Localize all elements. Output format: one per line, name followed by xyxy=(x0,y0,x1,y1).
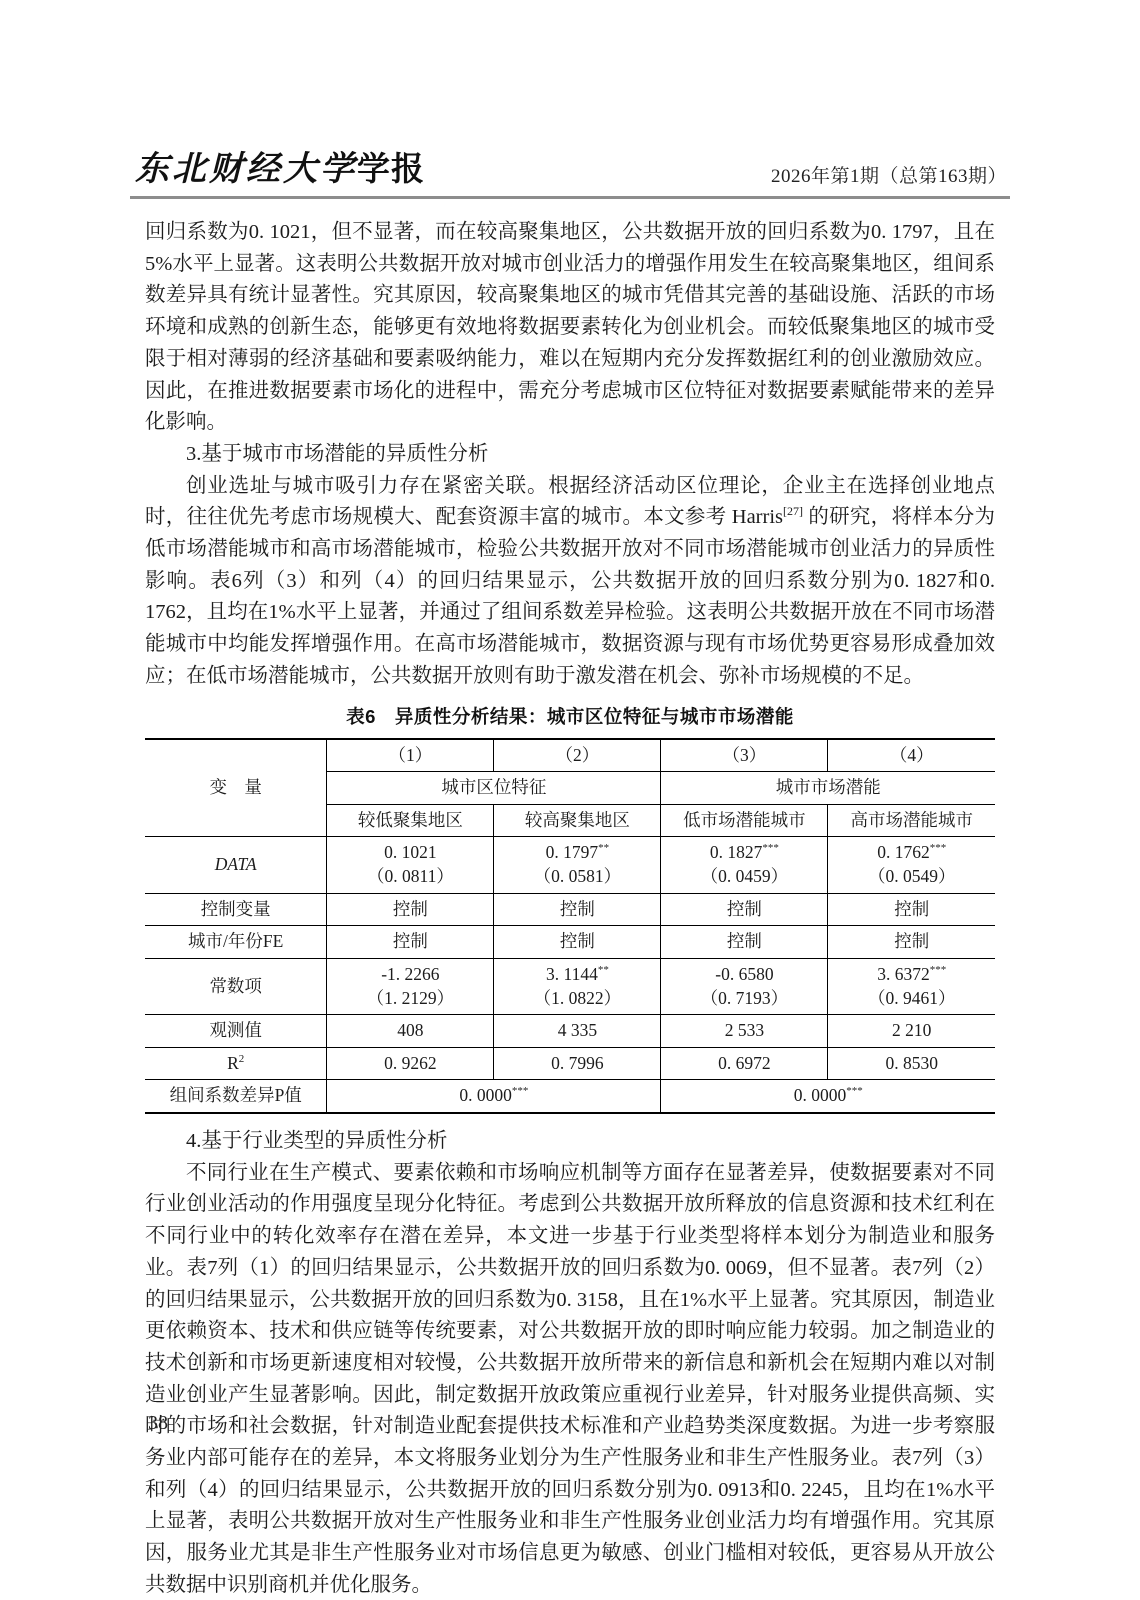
table6-cell-pdiff-location: 0. 0000*** xyxy=(327,1080,661,1113)
paragraph-1: 回归系数为0. 1021，但不显著，而在较高聚集地区，公共数据开放的回归系数为0… xyxy=(145,217,995,439)
table6-cell-pdiff-potential: 0. 0000*** xyxy=(661,1080,995,1113)
table6-col1: （1） xyxy=(327,739,494,772)
journal-logo: 东北财经大学学报 xyxy=(135,141,425,190)
table6-cell: 控制 xyxy=(661,926,828,959)
table6-row-observations: 观测值 408 4 335 2 533 2 210 xyxy=(145,1015,995,1048)
table6-sub1: 较低聚集地区 xyxy=(327,804,494,837)
table6-row-constant: 常数项 -1. 2266（1. 2129） 3. 1144**（1. 0822）… xyxy=(145,958,995,1014)
table6-cell: 0. 6972 xyxy=(661,1047,828,1080)
table6-cell: 4 335 xyxy=(494,1015,661,1048)
table6-row-controls-label: 控制变量 xyxy=(145,893,327,926)
table6-sub2: 较高聚集地区 xyxy=(494,804,661,837)
table6-cell: 0. 1021（0. 0811） xyxy=(327,837,494,893)
table6-sub3: 低市场潜能城市 xyxy=(661,804,828,837)
table6-cell: -0. 6580（0. 7193） xyxy=(661,958,828,1014)
article-body-continued: 4.基于行业类型的异质性分析 不同行业在生产模式、要素依赖和市场响应机制等方面存… xyxy=(145,1126,995,1600)
page-number: 38 xyxy=(148,1412,168,1435)
paragraph-3: 不同行业在生产模式、要素依赖和市场响应机制等方面存在显著差异，使数据要素对不同行… xyxy=(145,1158,995,1600)
table6-col4: （4） xyxy=(828,739,995,772)
table6-row-controls: 控制变量 控制 控制 控制 控制 xyxy=(145,893,995,926)
table6-cell: 3. 6372***（0. 9461） xyxy=(828,958,995,1014)
journal-logo-suffix: 学报 xyxy=(357,149,425,188)
table6-cell: 控制 xyxy=(494,893,661,926)
table6-cell: 3. 1144**（1. 0822） xyxy=(494,958,661,1014)
table6-cell: 0. 1797**（0. 0581） xyxy=(494,837,661,893)
page-header: 东北财经大学学报 2026年第1期（总第163期） xyxy=(145,138,995,196)
table6-cell: -1. 2266（1. 2129） xyxy=(327,958,494,1014)
table6-cell: 0. 1827***（0. 0459） xyxy=(661,837,828,893)
table6-cell: 控制 xyxy=(828,926,995,959)
table6-col2: （2） xyxy=(494,739,661,772)
table6-group-potential: 城市市场潜能 xyxy=(661,772,995,805)
table6-row-observations-label: 观测值 xyxy=(145,1015,327,1048)
table6-cell: 2 533 xyxy=(661,1015,828,1048)
table6-cell: 0. 1762***（0. 0549） xyxy=(828,837,995,893)
table6-row-pdiff-label: 组间系数差异P值 xyxy=(145,1080,327,1113)
table6: 变 量 （1） （2） （3） （4） 城市区位特征 城市市场潜能 较低聚集地区… xyxy=(145,738,995,1115)
table6-row-r2: R2 0. 9262 0. 7996 0. 6972 0. 8530 xyxy=(145,1047,995,1080)
table6-cell: 0. 9262 xyxy=(327,1047,494,1080)
issue-info: 2026年第1期（总第163期） xyxy=(771,161,1007,188)
table6-sub4: 高市场潜能城市 xyxy=(828,804,995,837)
table6-cell: 控制 xyxy=(828,893,995,926)
section-heading-3: 3.基于城市市场潜能的异质性分析 xyxy=(145,439,995,471)
journal-logo-calligraphy: 东北财经大学 xyxy=(135,149,357,189)
table6-cell: 408 xyxy=(327,1015,494,1048)
table6-var-label: 变 量 xyxy=(145,739,327,837)
table6-row-constant-label: 常数项 xyxy=(145,958,327,1014)
table6-row-fe: 城市/年份FE 控制 控制 控制 控制 xyxy=(145,926,995,959)
table6-cell: 2 210 xyxy=(828,1015,995,1048)
table6-row-r2-label: R2 xyxy=(145,1047,327,1080)
article-body: 回归系数为0. 1021，但不显著，而在较高聚集地区，公共数据开放的回归系数为0… xyxy=(145,217,995,693)
table6-row-data: DATA 0. 1021（0. 0811） 0. 1797**（0. 0581）… xyxy=(145,837,995,893)
header-rule xyxy=(130,196,1010,199)
paragraph-2-text-b: 的研究，将样本分为低市场潜能城市和高市场潜能城市，检验公共数据开放对不同市场潜能… xyxy=(145,506,995,687)
table6-group-location: 城市区位特征 xyxy=(327,772,661,805)
table6-row-fe-label: 城市/年份FE xyxy=(145,926,327,959)
section-heading-4: 4.基于行业类型的异质性分析 xyxy=(145,1126,995,1158)
table6-cell: 0. 7996 xyxy=(494,1047,661,1080)
paragraph-2: 创业选址与城市吸引力存在紧密关联。根据经济活动区位理论，企业主在选择创业地点时，… xyxy=(145,471,995,693)
table6-title: 表6 异质性分析结果：城市区位特征与城市市场潜能 xyxy=(145,703,995,729)
table6-cell: 控制 xyxy=(661,893,828,926)
table6-section: 表6 异质性分析结果：城市区位特征与城市市场潜能 变 量 （1） （2） （3）… xyxy=(145,703,995,1115)
table6-header-row-numbers: 变 量 （1） （2） （3） （4） xyxy=(145,739,995,772)
table6-cell: 控制 xyxy=(327,926,494,959)
table6-row-pdiff: 组间系数差异P值 0. 0000*** 0. 0000*** xyxy=(145,1080,995,1113)
journal-page: 东北财经大学学报 2026年第1期（总第163期） 回归系数为0. 1021，但… xyxy=(0,0,1140,1600)
table6-row-data-label: DATA xyxy=(145,837,327,893)
citation-27: [27] xyxy=(783,505,803,519)
table6-cell: 控制 xyxy=(327,893,494,926)
table6-cell: 控制 xyxy=(494,926,661,959)
table6-cell: 0. 8530 xyxy=(828,1047,995,1080)
table6-col3: （3） xyxy=(661,739,828,772)
